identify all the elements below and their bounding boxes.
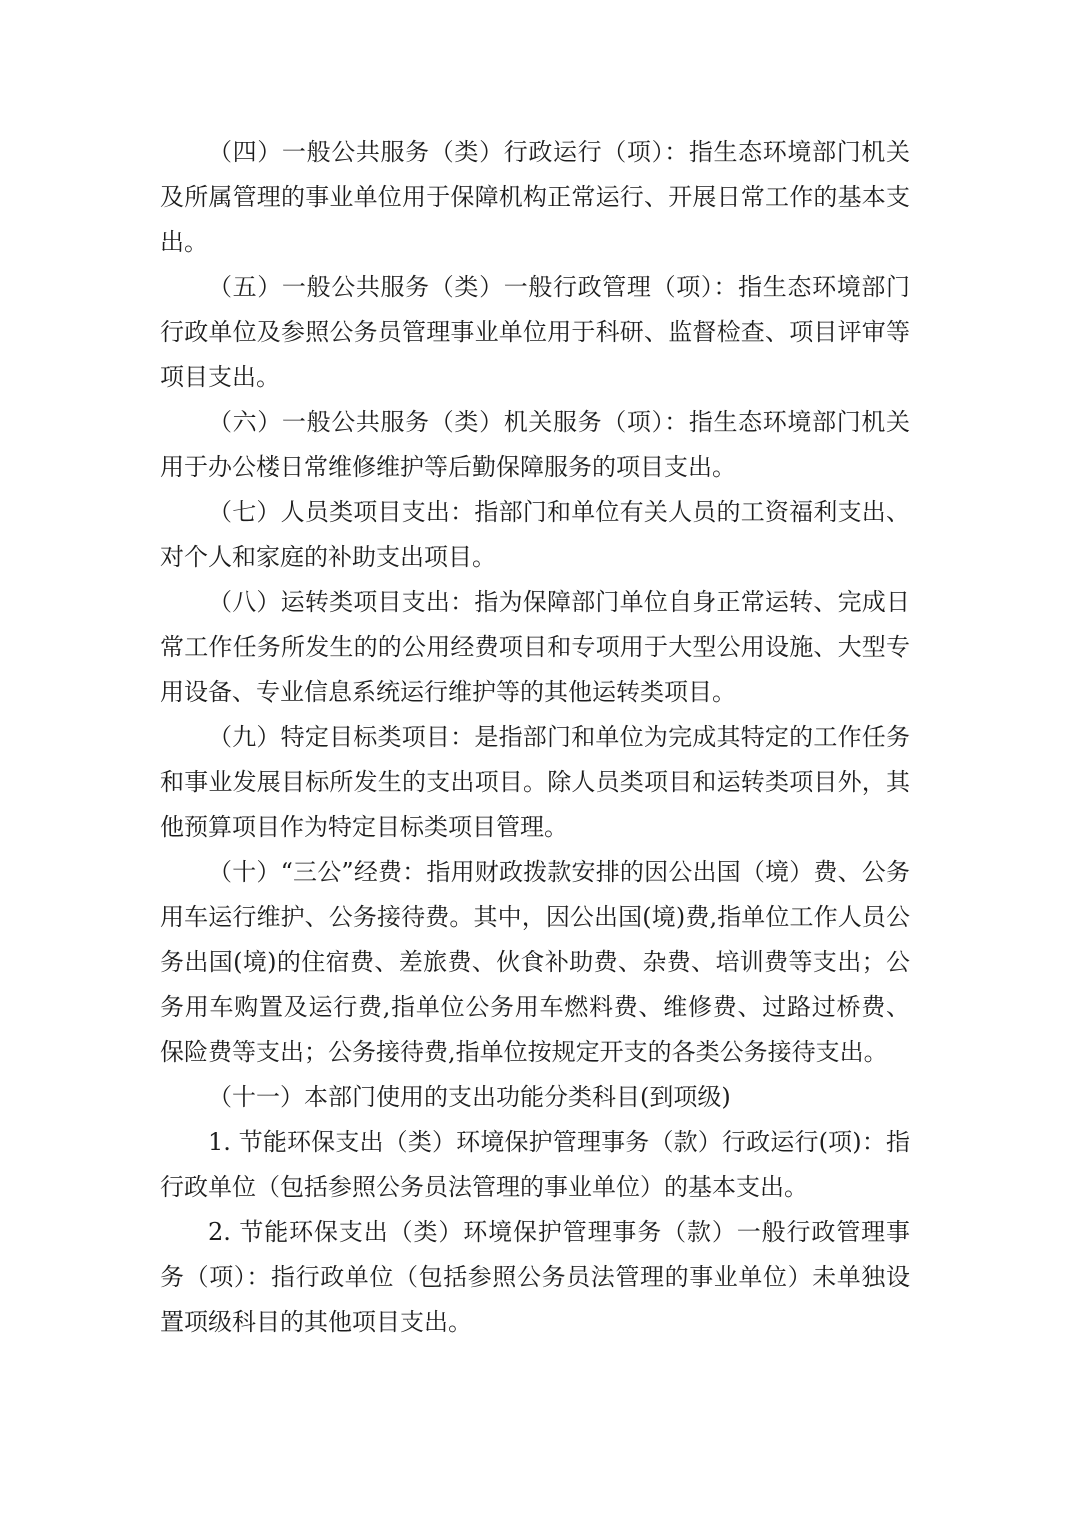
paragraph: （十一）本部门使用的支出功能分类科目(到项级) (160, 1075, 910, 1120)
paragraph: 2. 节能环保支出（类）环境保护管理事务（款）一般行政管理事务（项）：指行政单位… (160, 1210, 910, 1345)
paragraph: （四）一般公共服务（类）行政运行（项）：指生态环境部门机关及所属管理的事业单位用… (160, 130, 910, 265)
paragraph: 1. 节能环保支出（类）环境保护管理事务（款）行政运行(项)：指行政单位（包括参… (160, 1120, 910, 1210)
document-text-block: （四）一般公共服务（类）行政运行（项）：指生态环境部门机关及所属管理的事业单位用… (160, 130, 910, 1345)
paragraph: （六）一般公共服务（类）机关服务（项）：指生态环境部门机关用于办公楼日常维修维护… (160, 400, 910, 490)
paragraph: （五）一般公共服务（类）一般行政管理（项）：指生态环境部门行政单位及参照公务员管… (160, 265, 910, 400)
paragraph: （九）特定目标类项目：是指部门和单位为完成其特定的工作任务和事业发展目标所发生的… (160, 715, 910, 850)
paragraph: （八）运转类项目支出：指为保障部门单位自身正常运转、完成日常工作任务所发生的的公… (160, 580, 910, 715)
paragraph: （七）人员类项目支出：指部门和单位有关人员的工资福利支出、对个人和家庭的补助支出… (160, 490, 910, 580)
document-page: （四）一般公共服务（类）行政运行（项）：指生态环境部门机关及所属管理的事业单位用… (0, 0, 1074, 1520)
paragraph: （十）“三公”经费：指用财政拨款安排的因公出国（境）费、公务用车运行维护、公务接… (160, 850, 910, 1075)
